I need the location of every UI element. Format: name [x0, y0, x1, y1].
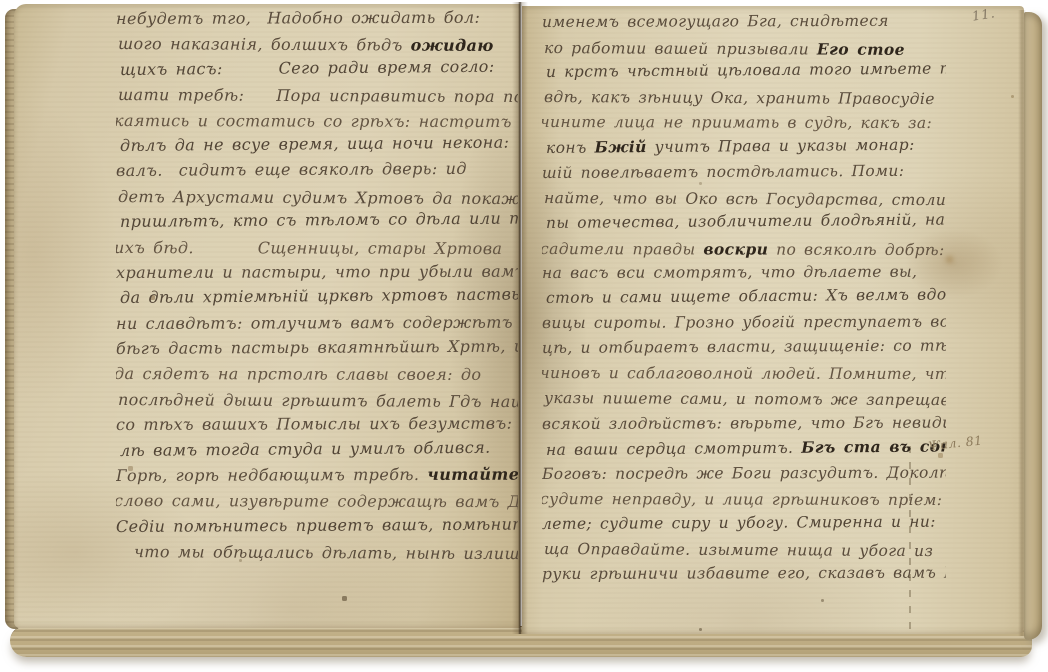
manuscript-line: цѣ, и отбираетъ власти, защищеніе: со тѣ… [542, 334, 946, 362]
manuscript-line: руки грѣшничи избавите его, сказавъ вамъ… [542, 561, 946, 588]
manuscript-line: слово сами, изувѣрите содержащѣ вамъ Ду [116, 488, 516, 514]
manuscript-line: чиновъ и саблаговолной людей. Помните, ч… [542, 361, 944, 387]
manuscript-line: да дѣли хртіемѣній црквѣ хртовъ паствы [120, 282, 518, 311]
manuscript-line: Боговъ: посредѣ же Боги разсудитъ. Докол… [542, 460, 946, 487]
manuscript-line: шій повелѣваетъ постдѣлатись. Поми: [542, 158, 946, 186]
manuscript-line: Горѣ, горѣ недбающимъ требѣ. читайте Его [116, 462, 518, 489]
manuscript-line: лете; судите сиру и убогу. Смиренна и ни… [542, 509, 946, 537]
manuscript-line: да сядетъ на прстолѣ славы своея: до [116, 361, 516, 387]
manuscript-line: ни славдѣтъ: отлучимъ вамъ содержѣтъ со [116, 309, 518, 336]
manuscript-line: вдѣ, какъ зѣницу Ока, хранить Правосудіе [544, 85, 946, 112]
manuscript-line: бѣгъ дасть пастырь вкаятнѣйшѣ Хртѣ, и [116, 334, 518, 362]
manuscript-line: указы пишете сами, и потомъ же запрещает… [544, 386, 946, 413]
manuscript-line: на ваши сердца смотритъ. Бгъ ста въ сонм… [546, 433, 946, 462]
manuscript-line: пришлѣтъ, кто съ тѣломъ со дѣла или тѣла [120, 206, 518, 235]
left-page-text: небудетъ тго, Надобно ожидать бол:шого н… [116, 6, 518, 594]
manuscript-line: ихъ бѣд. Сщенницы, стары Хртова [116, 235, 516, 261]
manuscript-line: валъ. сидитъ еще всяколѣ дверь: ид [116, 156, 518, 184]
right-fore-edge [1024, 12, 1042, 640]
foxing-spots [0, 0, 1, 1]
right-page-text: именемъ всемогущаго Бга, снидѣтесяко раб… [542, 10, 946, 614]
manuscript-line: стоѣ и сами ищете области: Хъ велмъ вдо [546, 282, 946, 311]
manuscript-line: всякой злодѣйствъ: вѣрьте, что Бгъ невид… [542, 410, 946, 437]
manuscript-line: лѣ вамъ тогда студа и умилъ облився. [120, 434, 518, 463]
manuscript-line: со тѣхъ вашихъ Помыслы ихъ безумствъ: Ка… [116, 411, 518, 438]
manuscript-line: именемъ всемогущаго Бга, снидѣтеся [542, 10, 946, 35]
manuscript-photo: небудетъ тго, Надобно ожидать бол:шого н… [0, 0, 1048, 672]
manuscript-line: дѣлъ да не всуе время, ища ночи некона: [120, 129, 518, 158]
manuscript-line: пы отечества, изобличители блодѣяній, на [546, 207, 946, 236]
manuscript-line: конъ Бжій учитъ Права и указы монар: [546, 132, 946, 161]
manuscript-line: щихъ насъ: Сего ради время согло: [120, 53, 518, 82]
manuscript-line: и крстъ чѣстный цѣловала того имѣете пра… [546, 57, 946, 86]
manuscript-line: что мы обѣщались дѣлать, нынѣ излишнѣ [118, 539, 518, 566]
manuscript-line: шати требѣ: Пора исправитись пора по [118, 82, 518, 109]
manuscript-line: вицы сироты. Грозно убогій преступаетъ в… [542, 310, 946, 337]
fore-edge-fold-line [1018, 10, 1026, 636]
manuscript-line: садители правды воскри по всяколѣ добрѣ: [542, 236, 944, 262]
manuscript-line: Седіи помѣнитесь приветъ вашъ, помѣните [116, 511, 518, 539]
manuscript-line: небудетъ тго, Надобно ожидать бол: [116, 6, 518, 31]
